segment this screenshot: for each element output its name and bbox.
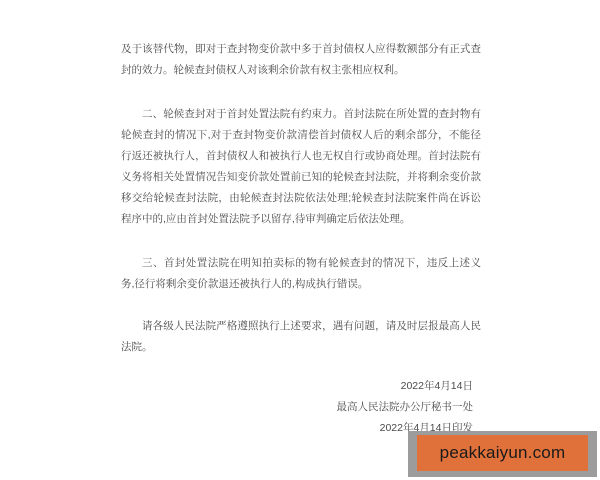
- text-line: 移交给轮候查封法院，由轮候查封法院依法处理;轮候查封法院案件尚在诉讼: [121, 188, 481, 209]
- text-line: 二、轮候查封对于首封处置法院有约束力。首封法院在所处置的查封物有: [121, 104, 481, 125]
- paragraph: 请各级人民法院严格遵照执行上述要求，遇有问题，请及时层报最高人民 法院。: [121, 316, 481, 358]
- document-date: 2022年4月14日: [121, 376, 473, 397]
- paragraph: 二、轮候查封对于首封处置法院有约束力。首封法院在所处置的查封物有 轮候查封的情况…: [121, 104, 481, 230]
- paragraph: 三、首封处置法院在明知拍卖标的物有轮候查封的情况下，违反上述义 务,径行将剩余变…: [121, 253, 481, 295]
- watermark-text: peakkaiyun.com: [440, 443, 566, 463]
- text-line: 程序中的,应由首封处置法院予以留存,待审判确定后依法处理。: [121, 209, 481, 230]
- text-line: 法院。: [121, 337, 481, 358]
- text-line: 务,径行将剩余变价款退还被执行人的,构成执行错误。: [121, 274, 481, 295]
- watermark-background: peakkaiyun.com: [417, 435, 588, 471]
- issuing-office: 最高人民法院办公厅秘书一处: [121, 397, 473, 418]
- document-body: 及于该替代物，即对于查封物变价款中多于首封债权人应得数额部分有正式查 封的效力。…: [121, 39, 481, 439]
- text-line: 请各级人民法院严格遵照执行上述要求，遇有问题，请及时层报最高人民: [121, 316, 481, 337]
- text-line: 封的效力。轮候查封债权人对该剩余价款有权主张相应权利。: [121, 60, 481, 81]
- document-page: 及于该替代物，即对于查封物变价款中多于首封债权人应得数额部分有正式查 封的效力。…: [0, 0, 600, 480]
- signoff-block: 2022年4月14日 最高人民法院办公厅秘书一处 2022年4月14日印发: [121, 376, 481, 439]
- text-line: 行返还被执行人，首封债权人和被执行人也无权自行或协商处理。首封法院有: [121, 146, 481, 167]
- text-line: 及于该替代物，即对于查封物变价款中多于首封债权人应得数额部分有正式查: [121, 39, 481, 60]
- paragraph: 及于该替代物，即对于查封物变价款中多于首封债权人应得数额部分有正式查 封的效力。…: [121, 39, 481, 81]
- text-line: 轮候查封的情况下,对于查封物变价款清偿首封债权人后的剩余部分，不能径: [121, 125, 481, 146]
- text-line: 义务将相关处置情况告知变价款处置前已知的轮候查封法院，并将剩余变价款: [121, 167, 481, 188]
- text-line: 三、首封处置法院在明知拍卖标的物有轮候查封的情况下，违反上述义: [121, 253, 481, 274]
- watermark-badge: peakkaiyun.com: [408, 431, 597, 477]
